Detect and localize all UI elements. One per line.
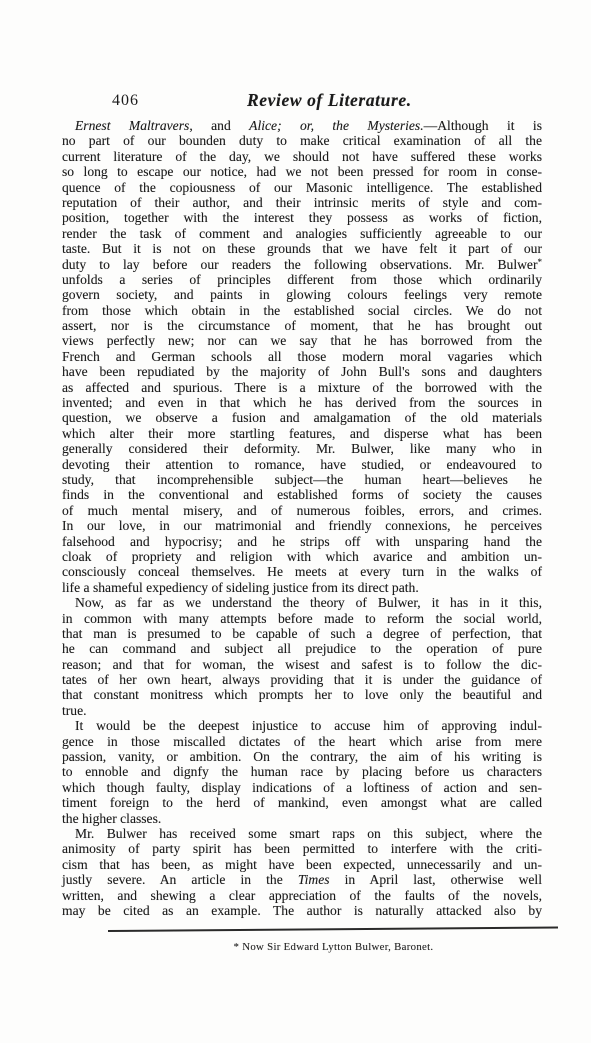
text-line: views perfectly new; nor can we say that…: [62, 333, 542, 348]
text-line: In our love, in our matrimonial and frie…: [62, 518, 542, 533]
text-line: study, that incomprehensible subject—the…: [62, 472, 542, 487]
text-line: govern society, and paints in glowing co…: [62, 287, 542, 302]
paragraph: Now, as far as we understand the theory …: [62, 595, 542, 718]
text-line: unfolds a series of principles different…: [62, 272, 542, 287]
text-line: which alter their more startling feature…: [62, 426, 542, 441]
text-line: which though faulty, display indications…: [62, 780, 542, 795]
text-line: to ennoble and dignfy the human race by …: [62, 764, 542, 779]
text-line: Ernest Maltravers, and Alice; or, the My…: [62, 118, 542, 133]
text-line: question, we observe a fusion and amalga…: [62, 410, 542, 425]
paragraph: Ernest Maltravers, and Alice; or, the My…: [62, 118, 542, 595]
text-line: devoting their attention to romance, hav…: [62, 457, 542, 472]
text-line: duty to lay before our readers the follo…: [62, 257, 542, 272]
text-line: It would be the deepest injustice to acc…: [62, 718, 542, 733]
text-line: as affected and spurious. There is a mix…: [62, 380, 542, 395]
running-title: Review of Literature.: [247, 90, 412, 111]
text-line: invented; and even in that which he has …: [62, 395, 542, 410]
paragraph: Mr. Bulwer has received some smart raps …: [62, 826, 542, 918]
text-line: written, and shewing a clear appreciatio…: [62, 888, 542, 903]
text-line: that man is presumed to be capable of su…: [62, 626, 542, 641]
text-line: position, together with the interest the…: [62, 210, 542, 225]
text-line: from those which obtain in the establish…: [62, 303, 542, 318]
text-line: in common with many attempts before made…: [62, 611, 542, 626]
text-line: taste. But it is not on these grounds th…: [62, 241, 542, 256]
text-line: falsehood and hypocrisy; and he strips o…: [62, 534, 542, 549]
text-line: timent foreign to the herd of mankind, e…: [62, 795, 542, 810]
page-number: 406: [112, 92, 139, 110]
text-line: tates of her own heart, always providing…: [62, 672, 542, 687]
text-line: current literature of the day, we should…: [62, 149, 542, 164]
text-line: reason; and that for woman, the wisest a…: [62, 657, 542, 672]
text-line: French and German schools all those mode…: [62, 349, 542, 364]
text-line: that constant monitress which prompts he…: [62, 687, 542, 702]
text-line: animosity of party spirit has been permi…: [62, 841, 542, 856]
text-line: gence in those miscalled dictates of the…: [62, 734, 542, 749]
text-line: generally considered their deformity. Mr…: [62, 441, 542, 456]
text-line: life a shameful expediency of sideling j…: [62, 580, 542, 595]
text-line: he can command and subject all prejudice…: [62, 641, 542, 656]
text-line: Mr. Bulwer has received some smart raps …: [62, 826, 542, 841]
text-line: consciously conceal themselves. He meets…: [62, 564, 542, 579]
text-line: render the task of comment and analogies…: [62, 226, 542, 241]
text-line: cloak of propriety and religion with whi…: [62, 549, 542, 564]
text-line: Now, as far as we understand the theory …: [62, 595, 542, 610]
text-line: finds in the conventional and establishe…: [62, 487, 542, 502]
footnote: * Now Sir Edward Lytton Bulwer, Baronet.: [0, 941, 591, 953]
text-line: passion, vanity, or ambition. On the con…: [62, 749, 542, 764]
article-body: Ernest Maltravers, and Alice; or, the My…: [62, 118, 542, 918]
text-line: assert, nor is the circumstance of momen…: [62, 318, 542, 333]
paragraph: It would be the deepest injustice to acc…: [62, 718, 542, 826]
text-line: true.: [62, 703, 542, 718]
text-line: of much mental misery, and of numerous f…: [62, 503, 542, 518]
text-line: so long to escape our notice, had we not…: [62, 164, 542, 179]
text-line: reputation of their author, and their in…: [62, 195, 542, 210]
scanned-page: 406 Review of Literature. Ernest Maltrav…: [0, 0, 591, 1043]
text-line: may be cited as an example. The author i…: [62, 903, 542, 918]
text-line: the higher classes.: [62, 811, 542, 826]
text-line: have been repudiated by the majority of …: [62, 364, 542, 379]
text-line: justly severe. An article in the Times i…: [62, 872, 542, 887]
footnote-divider: [108, 926, 558, 932]
text-line: no part of our bounden duty to make crit…: [62, 133, 542, 148]
text-line: quence of the copiousness of our Masonic…: [62, 180, 542, 195]
text-line: cism that has been, as might have been e…: [62, 857, 542, 872]
